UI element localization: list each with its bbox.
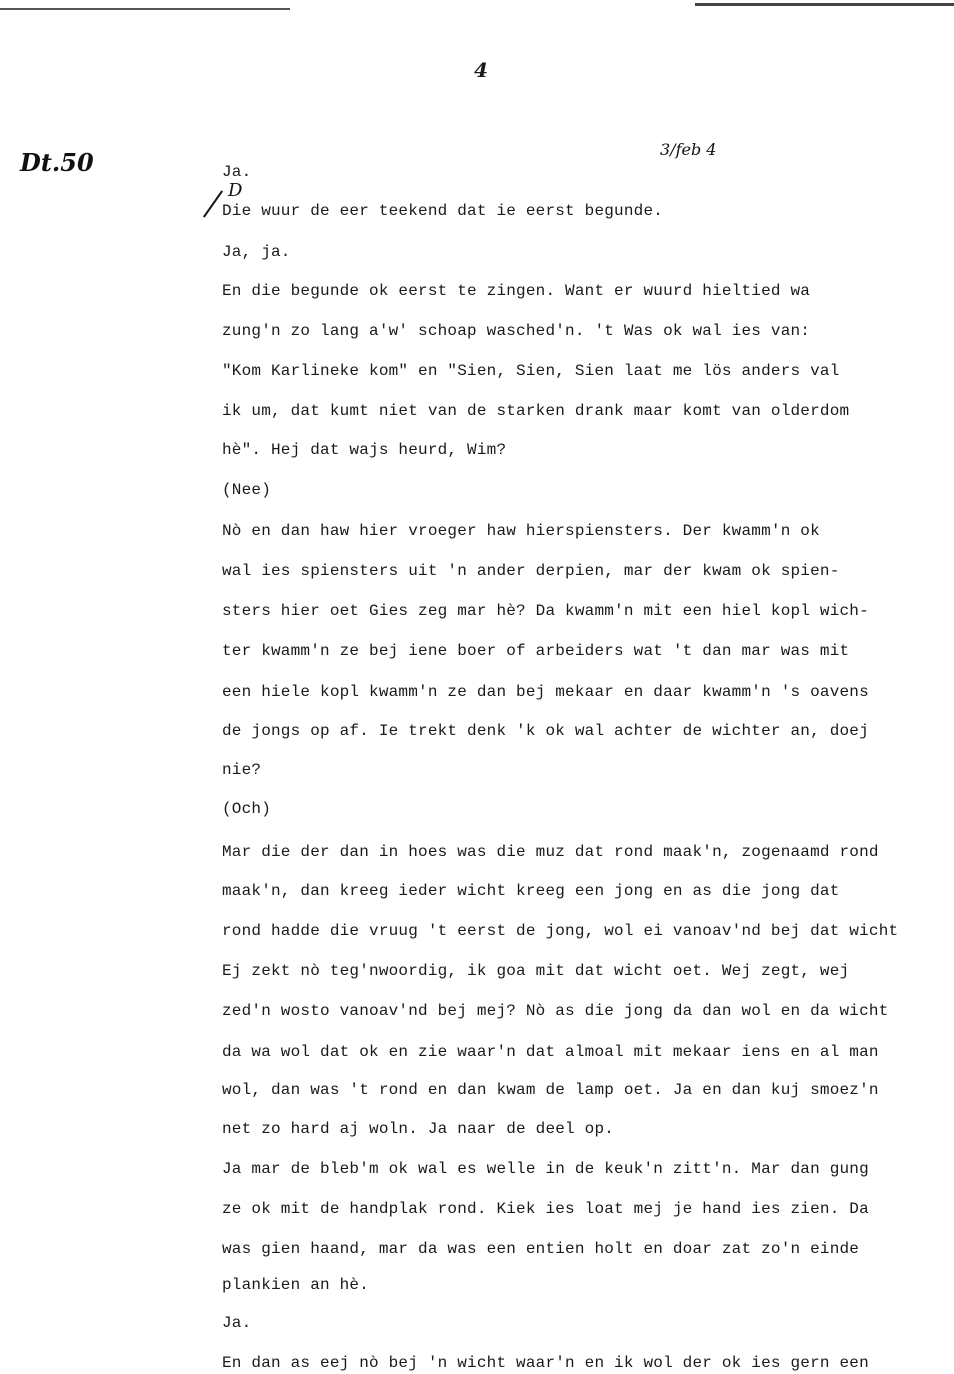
text-line: Ja. — [222, 163, 251, 181]
text-line: ze ok mit de handplak rond. Kiek ies loa… — [222, 1200, 869, 1218]
text-line: wal ies spiensters uit 'n ander derpien,… — [222, 562, 840, 580]
text-line: (Och) — [222, 800, 271, 818]
text-line: was gien haand, mar da was een entien ho… — [222, 1240, 859, 1258]
date-note: 3/feb 4 — [660, 140, 716, 159]
text-line: de jongs op af. Ie trekt denk 'k ok wal … — [222, 722, 869, 740]
margin-note: Dt.50 — [20, 148, 94, 177]
text-line: Ja mar de bleb'm ok wal es welle in de k… — [222, 1160, 869, 1178]
text-line: net zo hard aj woln. Ja naar de deel op. — [222, 1120, 614, 1138]
text-line: Nò en dan haw hier vroeger haw hierspien… — [222, 522, 820, 540]
page-number: 4 — [474, 58, 488, 82]
text-line: da wa wol dat ok en zie waar'n dat almoa… — [222, 1043, 879, 1061]
text-line: Ja, ja. — [222, 243, 291, 261]
text-line: Ja. — [222, 1314, 251, 1332]
text-line: hè". Hej dat wajs heurd, Wim? — [222, 441, 506, 459]
text-line: ik um, dat kumt niet van de starken dran… — [222, 402, 849, 420]
text-line: rond hadde die vruug 't eerst de jong, w… — [222, 922, 898, 940]
text-line: Die wuur de eer teekend dat ie eerst beg… — [222, 202, 663, 220]
text-line: (Nee) — [222, 481, 271, 499]
strike-mark — [203, 190, 223, 217]
text-line: plankien an hè. — [222, 1276, 369, 1294]
text-line: "Kom Karlineke kom" en "Sien, Sien, Sien… — [222, 362, 840, 380]
text-line: sters hier oet Gies zeg mar hè? Da kwamm… — [222, 602, 869, 620]
text-line: nie? — [222, 761, 261, 779]
text-line: wol, dan was 't rond en dan kwam de lamp… — [222, 1081, 879, 1099]
text-line: zed'n wosto vanoav'nd bej mej? Nò as die… — [222, 1002, 889, 1020]
text-line: Ej zekt nò teg'nwoordig, ik goa mit dat … — [222, 962, 849, 980]
text-line: En die begunde ok eerst te zingen. Want … — [222, 282, 810, 300]
text-line: En dan as eej nò bej 'n wicht waar'n en … — [222, 1354, 869, 1372]
top-rule-left — [0, 8, 290, 10]
handwritten-correction: D — [228, 180, 242, 201]
text-line: een hiele kopl kwamm'n ze dan bej mekaar… — [222, 683, 869, 701]
top-rule-right — [695, 3, 954, 6]
text-line: zung'n zo lang a'w' schoap wasched'n. 't… — [222, 322, 810, 340]
text-line: Mar die der dan in hoes was die muz dat … — [222, 843, 879, 861]
text-line: maak'n, dan kreeg ieder wicht kreeg een … — [222, 882, 840, 900]
text-line: ter kwamm'n ze bej iene boer of arbeider… — [222, 642, 849, 660]
